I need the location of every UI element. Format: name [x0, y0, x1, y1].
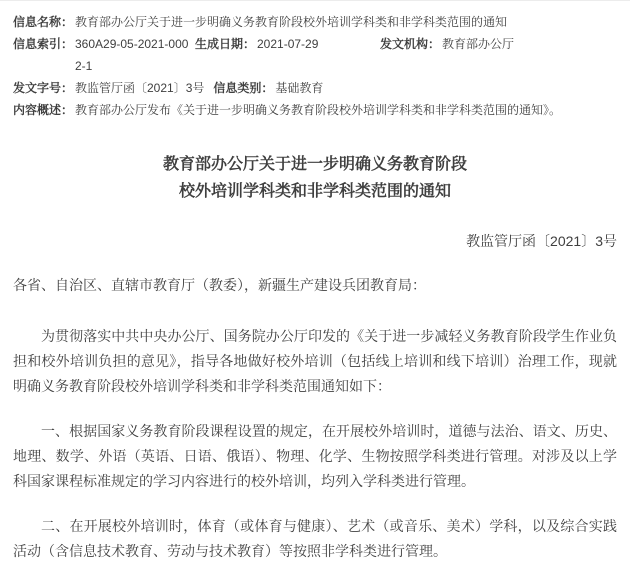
meta-category-label: 信息类别： [213, 77, 275, 99]
body-paragraph-2: 一、根据国家义务教育阶段课程设置的规定，在开展校外培训时，道德与法治、语文、历史… [13, 419, 617, 494]
meta-docno-label: 发文字号： [13, 77, 75, 99]
meta-category-value: 基础教育 [275, 77, 617, 99]
document-page: 信息名称： 教育部办公厅关于进一步明确义务教育阶段校外培训学科类和非学科类范围的… [0, 0, 630, 561]
document-meta-table: 信息名称： 教育部办公厅关于进一步明确义务教育阶段校外培训学科类和非学科类范围的… [13, 11, 617, 121]
meta-org-label: 发文机构： [380, 33, 442, 55]
body-paragraph-3: 二、在开展校外培训时，体育（或体育与健康）、艺术（或音乐、美术）学科，以及综合实… [13, 514, 617, 561]
meta-name-label: 信息名称： [13, 11, 75, 33]
meta-field-name: 信息名称： 教育部办公厅关于进一步明确义务教育阶段校外培训学科类和非学科类范围的… [13, 11, 617, 33]
body-paragraph-1: 为贯彻落实中共中央办公厅、国务院办公厅印发的《关于进一步减轻义务教育阶段学生作业… [13, 324, 617, 399]
document-title: 教育部办公厅关于进一步明确义务教育阶段 校外培训学科类和非学科类范围的通知 [13, 151, 617, 205]
meta-summary-value: 教育部办公厅发布《关于进一步明确义务教育阶段校外培训学科类和非学科类范围的通知》… [75, 99, 617, 121]
salutation: 各省、自治区、直辖市教育厅（教委），新疆生产建设兵团教育局： [13, 273, 617, 298]
meta-name-value: 教育部办公厅关于进一步明确义务教育阶段校外培训学科类和非学科类范围的通知 [75, 11, 617, 33]
meta-index-label: 信息索引： [13, 33, 75, 55]
meta-date-value: 2021-07-29 [257, 33, 380, 55]
meta-field-docno-category: 发文字号： 教监管厅函〔2021〕3号 信息类别： 基础教育 [13, 77, 617, 99]
document-title-line1: 教育部办公厅关于进一步明确义务教育阶段 [13, 151, 617, 178]
meta-summary-label: 内容概述： [13, 99, 75, 121]
meta-docno-value: 教监管厅函〔2021〕3号 [75, 77, 204, 99]
meta-field-summary: 内容概述： 教育部办公厅发布《关于进一步明确义务教育阶段校外培训学科类和非学科类… [13, 99, 617, 121]
meta-index-value: 360A29-05-2021-0002-1 [75, 33, 195, 77]
meta-org-value: 教育部办公厅 [442, 33, 617, 55]
document-number: 教监管厅函〔2021〕3号 [13, 229, 617, 254]
meta-field-index-date-org: 信息索引： 360A29-05-2021-0002-1 生成日期： 2021-0… [13, 33, 617, 77]
document-title-line2: 校外培训学科类和非学科类范围的通知 [13, 178, 617, 205]
meta-date-label: 生成日期： [195, 33, 257, 55]
